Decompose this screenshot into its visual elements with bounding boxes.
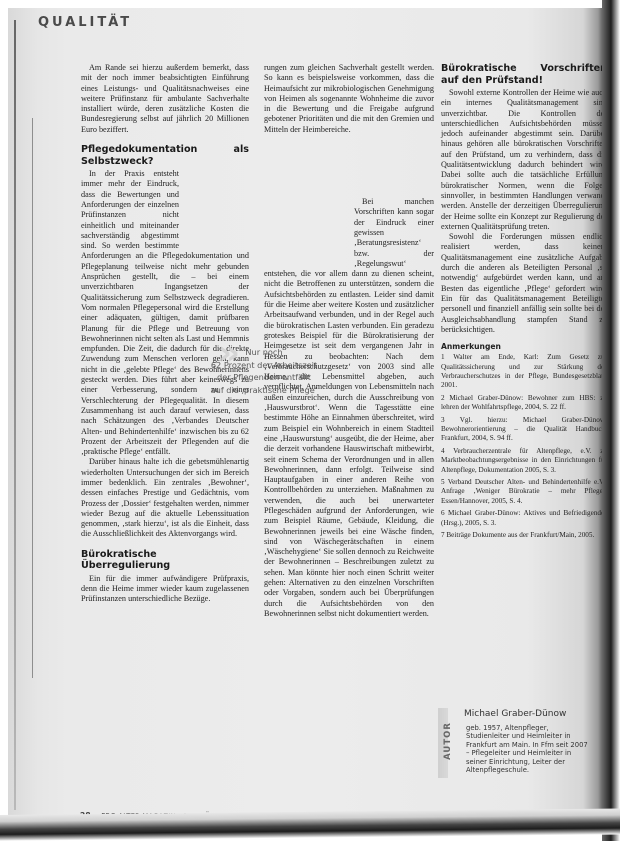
footnote: 3 Vgl. hierzu: Michael Graber-Dünow: Bew… [441,416,606,444]
footnotes-heading: Anmerkungen [441,342,606,352]
footnotes: Anmerkungen 1 Walter am Ende, Karl: Zum … [441,342,606,540]
author-tag: AUTOR [438,708,448,778]
body-paragraph: Sowohl die Forderungen müssen endlich re… [441,232,606,335]
footnote: 1 Walter am Ende, Karl: Zum Gesetz zur Q… [441,353,606,391]
body-paragraph: Am Rande sei hierzu außerdem bemerkt, da… [81,63,249,135]
pullquote-wrap-space [264,197,354,259]
column-3: Bürokratische Vorschriften auf den Prüfs… [441,63,606,543]
subheading-pflegedokumentation: Pflegedokumentation als Selbstzweck? [81,144,249,167]
body-paragraph: Sowohl externe Kontrollen der Heime wie … [441,88,606,232]
spacer [264,135,434,197]
footnote: 6 Michael Graber-Dünow: Aktives und Befr… [441,509,606,528]
author-box: AUTOR Michael Graber-Dünow geb. 1957, Al… [438,708,588,780]
subheading-vorschriften: Bürokratische Vorschriften auf den Prüfs… [441,63,606,86]
section-title: QUALITÄT [38,15,132,30]
pull-quote-line: Nur noch [188,346,340,359]
author-name: Michael Graber-Dünow [464,709,566,719]
footnote: 2 Michael Graber-Dünow: Bewohner zum HBS… [441,394,606,413]
quote-chevron-icon: » [218,336,240,370]
author-tag-label: AUTOR [443,722,453,760]
pull-quote-line: 62 Prozent der Arbeitszeit [188,359,340,372]
footnote: 4 Verbraucherzentrale für Altenpflege, e… [441,447,606,475]
pull-quote: » Nur noch 62 Prozent der Arbeitszeit de… [188,346,340,416]
page-bottom-edge [0,809,620,841]
pullquote-wrap-space [179,169,249,249]
pull-quote-line: der Pflegenden entfällt [188,371,340,384]
author-bio: geb. 1957, Altenpfleger, Studienleiter u… [466,724,588,774]
body-paragraph: rungen zum gleichen Sachverhalt gestellt… [264,63,434,135]
column-2: rungen zum gleichen Sachverhalt gestellt… [264,63,434,619]
subheading-ueberregulierung: Bürokratische Überregulierung [81,549,249,572]
footnote: 7 Beiträge Dokumente aus der Frankfurt/M… [441,531,606,540]
body-paragraph: Darüber hinaus halte ich die gebetsmühle… [81,457,249,539]
pull-quote-line: auf die ‚praktische Pflege‘ [188,384,340,397]
scanned-page: QUALITÄT Am Rande sei hierzu außerdem be… [8,8,606,822]
binding-shadow-right [602,0,620,841]
footnote: 5 Verband Deutscher Alten- und Behindert… [441,478,606,506]
body-paragraph: Ein für die immer aufwändigere Prüfpraxi… [81,574,249,605]
